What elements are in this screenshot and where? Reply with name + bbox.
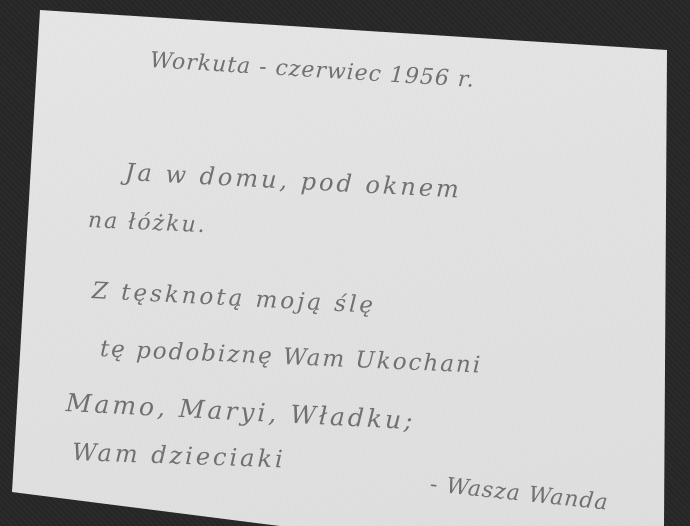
place-date-header: Workuta - czerwiec 1956 r. — [149, 48, 475, 93]
photo-back-paper: Workuta - czerwiec 1956 r. Ja w domu, po… — [0, 0, 690, 526]
signature: - Wasza Wanda — [429, 472, 610, 516]
body-line-1: Ja w domu, pod oknem — [124, 158, 462, 204]
body-line-3: Z tęsknotą moją ślę — [91, 278, 376, 319]
body-line-4: tę podobiznę Wam Ukochani — [99, 336, 482, 379]
body-line-2: na łóżku. — [87, 208, 207, 238]
body-line-5: Mamo, Maryi, Władku; — [65, 388, 416, 435]
body-line-6: Wam dzieciaki — [72, 438, 287, 473]
